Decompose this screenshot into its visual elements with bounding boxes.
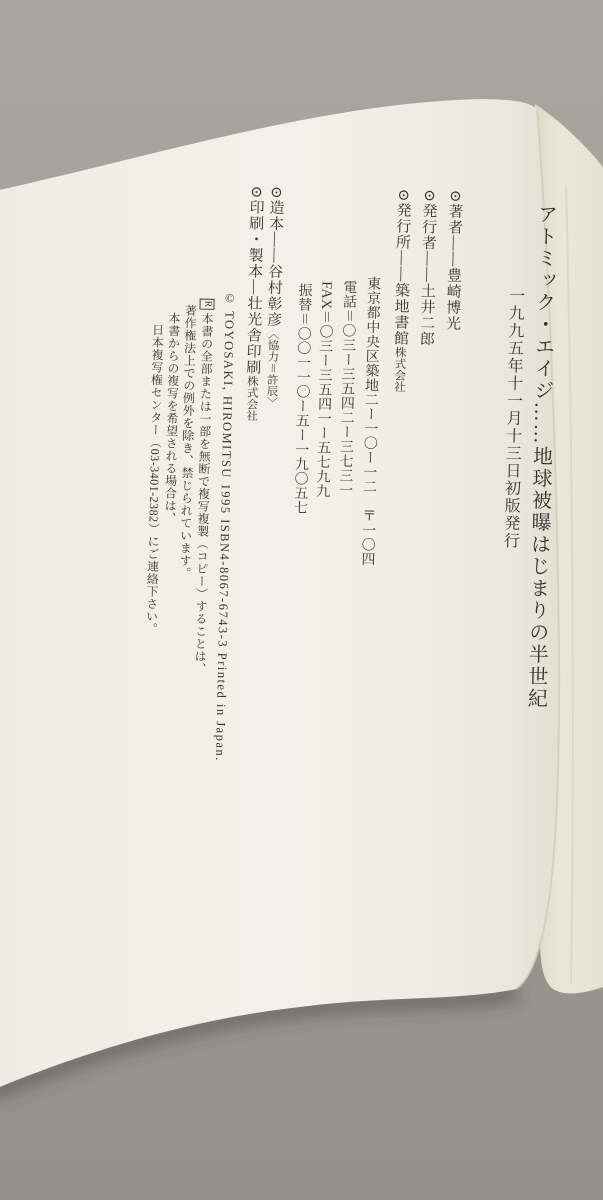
publisher-entry: ⊙発行所——築地書館株式会社: [378, 189, 410, 949]
book-design-name: ⊙造本——谷村彰彦: [265, 186, 284, 328]
publisher-name: ⊙発行所——築地書館: [392, 189, 411, 347]
book-design-note: 〈協力＝許辰〉: [265, 328, 279, 409]
printing-name: ⊙印刷・製本—壮光舎印刷: [244, 186, 264, 376]
issuer-entry: ⊙発行者——土井二郎: [404, 189, 436, 949]
printing-name-suffix: 株式会社: [245, 375, 258, 421]
registered-r-mark: R: [199, 299, 214, 310]
author-entry: ⊙著者——豊崎博光: [430, 190, 462, 950]
edition-date: 一九九五年十一月十三日初版発行: [492, 191, 525, 951]
publisher-name-suffix: 株式会社: [393, 346, 406, 392]
book-photo: アトミック・エイジ……地球被曝はじまりの半世紀 一九九五年十一月十三日初版発行 …: [0, 0, 603, 1200]
colophon-text-block: アトミック・エイジ……地球被曝はじまりの半世紀 一九九五年十一月十三日初版発行 …: [94, 183, 556, 952]
